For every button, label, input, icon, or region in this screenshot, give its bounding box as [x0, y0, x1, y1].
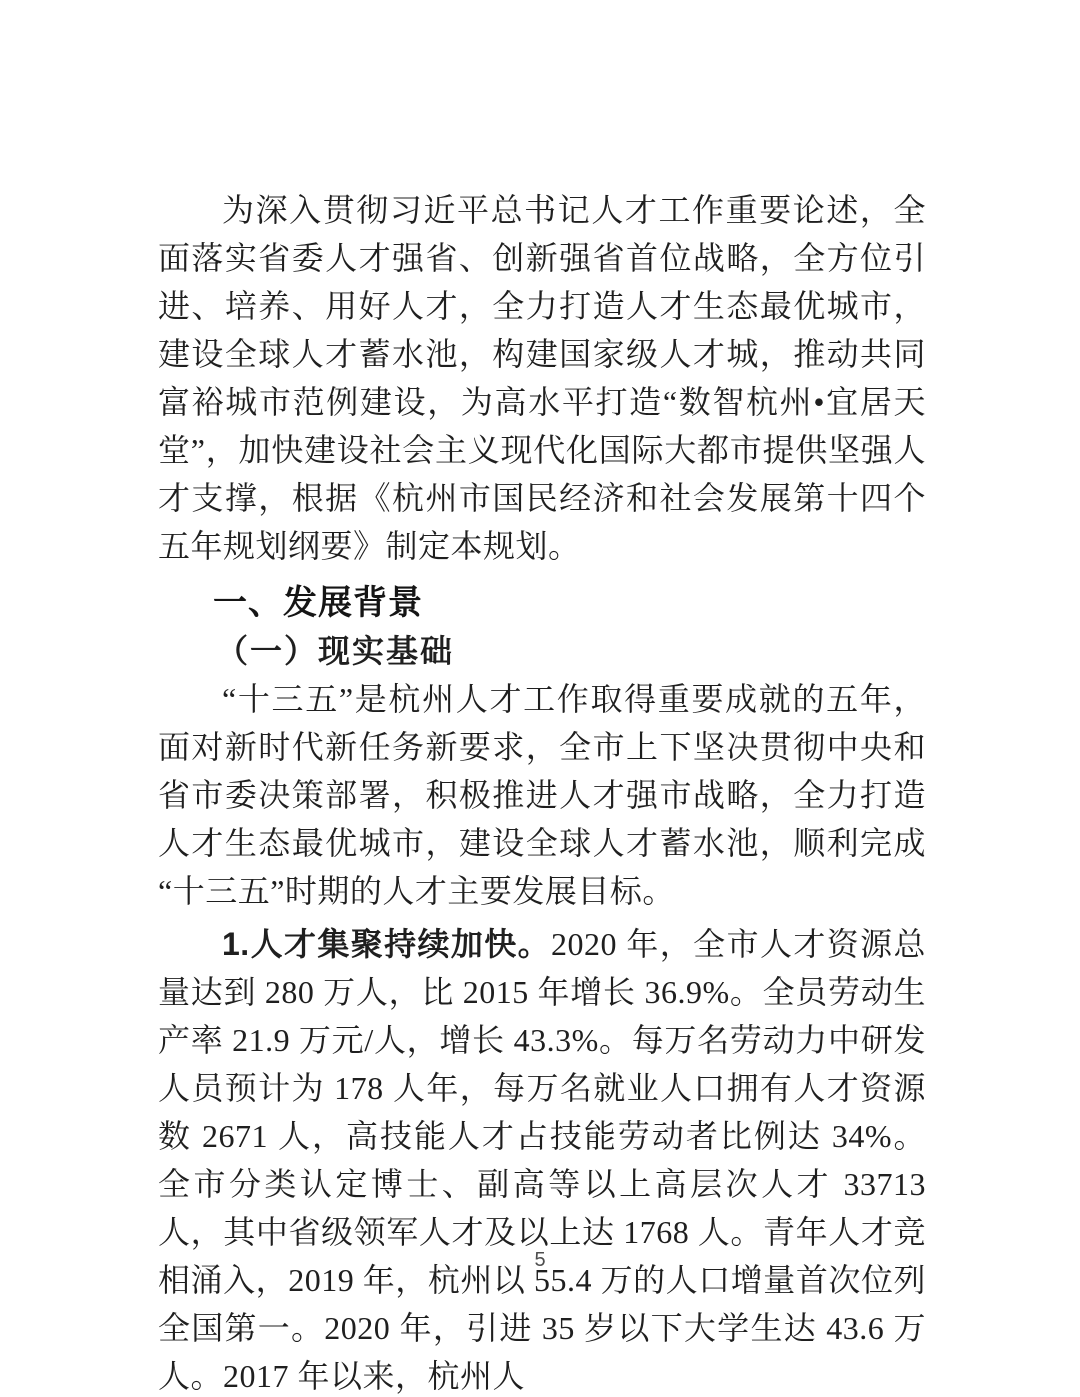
intro-paragraph: 为深入贯彻习近平总书记人才工作重要论述，全面落实省委人才强省、创新强省首位战略，…: [158, 186, 926, 570]
document-page: 为深入贯彻习近平总书记人才工作重要论述，全面落实省委人才强省、创新强省首位战略，…: [0, 0, 1080, 1397]
subsection-heading: （一）现实基础: [158, 627, 926, 675]
page-number: 5: [0, 1246, 1080, 1274]
review-paragraph: “十三五”是杭州人才工作取得重要成就的五年，面对新时代新任务新要求，全市上下坚决…: [158, 675, 926, 915]
item1-body: 2020 年，全市人才资源总量达到 280 万人，比 2015 年增长 36.9…: [158, 926, 926, 1394]
talent-aggregation-paragraph: 1.人才集聚持续加快。2020 年，全市人才资源总量达到 280 万人，比 20…: [158, 920, 926, 1397]
item1-lead: 1.人才集聚持续加快。: [222, 926, 551, 962]
section-heading: 一、发展背景: [158, 579, 926, 627]
page-content: 为深入贯彻习近平总书记人才工作重要论述，全面落实省委人才强省、创新强省首位战略，…: [158, 186, 926, 1397]
